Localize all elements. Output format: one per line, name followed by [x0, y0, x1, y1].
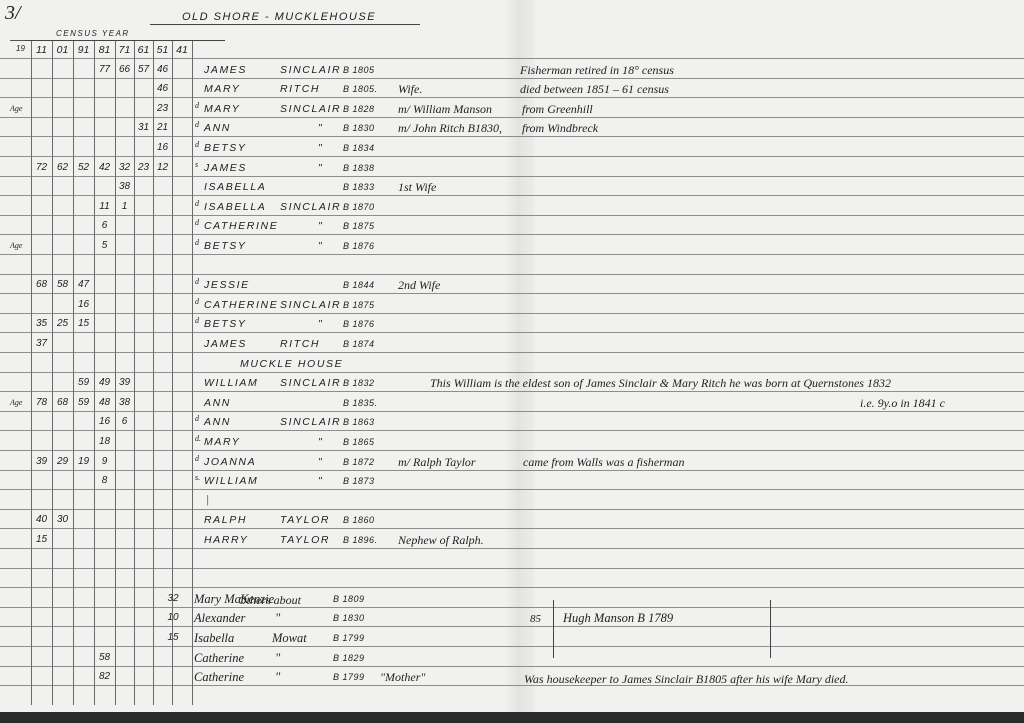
- age-51: 46: [153, 65, 173, 75]
- surname: ": [318, 143, 323, 154]
- right-page-note: died between 1851 – 61 census: [520, 83, 669, 95]
- margin-note: Age: [10, 399, 22, 407]
- relation-prefix: d: [195, 277, 199, 286]
- right-page-note: i.e. 9y.o in 1841 c: [860, 397, 945, 409]
- age-11: 40: [32, 515, 52, 525]
- birth-year: B 1834: [343, 144, 375, 153]
- age-61: 31: [134, 123, 154, 133]
- age-91: 59: [74, 398, 94, 408]
- age-11: 68: [32, 280, 52, 290]
- given-name: JAMES: [204, 163, 247, 174]
- other-surname: Mowat: [272, 632, 307, 645]
- birth-year: B 1805: [343, 66, 375, 75]
- surname: RITCH: [280, 84, 320, 95]
- census-year-19: 19: [11, 45, 31, 53]
- given-name: RALPH: [204, 515, 247, 526]
- given-name: BETSY: [204, 319, 246, 330]
- other-given: Catherine: [194, 652, 244, 665]
- right-page-note: from Windbreck: [522, 122, 598, 134]
- surname: SINCLAIR: [280, 417, 341, 428]
- surname: SINCLAIR: [280, 300, 341, 311]
- age-81: 18: [95, 437, 115, 447]
- age-11: 39: [32, 457, 52, 467]
- census-column-line: [31, 40, 32, 705]
- surname: SINCLAIR: [280, 378, 341, 389]
- birth-year: B 1876: [343, 242, 375, 251]
- age-11: 15: [32, 535, 52, 545]
- birth-year: B 1876: [343, 320, 375, 329]
- other-given: Catherine: [194, 671, 244, 684]
- age-01: 62: [53, 163, 73, 173]
- relation-prefix: d: [195, 120, 199, 129]
- birth-year: B 1896.: [343, 536, 378, 545]
- age-01: 58: [53, 280, 73, 290]
- surname: ": [318, 221, 323, 232]
- age-11: 35: [32, 319, 52, 329]
- birth-year: B 1833: [343, 183, 375, 192]
- right-page-note: from Greenhill: [522, 103, 593, 115]
- census-year-label: CENSUS YEAR: [56, 30, 130, 38]
- surname: ": [318, 437, 323, 448]
- census-year-91: 91: [74, 45, 94, 56]
- age-71: 66: [115, 65, 135, 75]
- surname: RITCH: [280, 339, 320, 350]
- age-71: 6: [115, 417, 135, 427]
- right-page-note: came from Walls was a fisherman: [523, 456, 684, 468]
- relation-prefix: d: [195, 316, 199, 325]
- relation-prefix: d: [195, 454, 199, 463]
- given-name: WILLIAM: [204, 378, 258, 389]
- given-name: JAMES: [204, 339, 247, 350]
- relation-prefix: d: [195, 218, 199, 227]
- given-name: BETSY: [204, 241, 246, 252]
- age-71: 1: [115, 202, 135, 212]
- age-71: 38: [115, 182, 135, 192]
- given-name: CATHERINE: [204, 300, 278, 311]
- right-page-note: This William is the eldest son of James …: [430, 377, 891, 389]
- surname: ": [318, 241, 323, 252]
- birth-year: B 1874: [343, 340, 375, 349]
- age-91: 59: [74, 378, 94, 388]
- age-11: 78: [32, 398, 52, 408]
- age-91: 16: [74, 300, 94, 310]
- age-61: 57: [134, 65, 154, 75]
- age-51: 21: [153, 123, 173, 133]
- relation-prefix: d.: [195, 434, 201, 443]
- census-column-line: [73, 40, 74, 705]
- relation-prefix: s: [195, 160, 198, 169]
- relation-prefix: d: [195, 199, 199, 208]
- title-underline: [150, 24, 420, 25]
- surname: ": [318, 163, 323, 174]
- other-age: 32: [163, 594, 183, 604]
- age-61: 23: [134, 163, 154, 173]
- stray-mark: |: [206, 495, 209, 507]
- age-81: 6: [95, 221, 115, 231]
- age-01: 68: [53, 398, 73, 408]
- age-91: 15: [74, 319, 94, 329]
- other-birth-year: B 1809: [333, 595, 365, 604]
- age-71: 32: [115, 163, 135, 173]
- entry-note: Nephew of Ralph.: [398, 534, 484, 546]
- given-name: MARY: [204, 437, 240, 448]
- birth-year: B 1805.: [343, 85, 378, 94]
- entry-note: 1st Wife: [398, 181, 436, 193]
- census-year-71: 71: [115, 45, 135, 56]
- surname: ": [318, 476, 323, 487]
- hugh-box-right-line: [770, 600, 771, 658]
- birth-year: B 1838: [343, 164, 375, 173]
- birth-year: B 1835.: [343, 399, 378, 408]
- birth-year: B 1865: [343, 438, 375, 447]
- birth-year: B 1873: [343, 477, 375, 486]
- census-year-01: 01: [53, 45, 73, 56]
- age-81: 8: [95, 476, 115, 486]
- census-column-line: [172, 40, 173, 705]
- census-year-61: 61: [134, 45, 154, 56]
- other-surname: ": [275, 652, 280, 665]
- margin-note: Age: [10, 242, 22, 250]
- hugh-age: 85: [530, 614, 541, 625]
- right-page-note: Fisherman retired in 18° census: [520, 64, 674, 76]
- census-year-51: 51: [153, 45, 173, 56]
- given-name: ISABELLA: [204, 202, 266, 213]
- entry-note: m/ John Ritch B1830,: [398, 122, 502, 134]
- given-name: ISABELLA: [204, 182, 266, 193]
- census-column-line: [115, 40, 116, 705]
- surname: ": [318, 123, 323, 134]
- other-given: Alexander: [194, 612, 245, 625]
- relation-prefix: d: [195, 238, 199, 247]
- age-11: 37: [32, 339, 52, 349]
- census-column-line: [192, 40, 193, 705]
- page-title: OLD SHORE - MUCKLEHOUSE: [182, 12, 376, 23]
- census-year-11: 11: [32, 45, 52, 56]
- age-51: 46: [153, 84, 173, 94]
- age-81: 48: [95, 398, 115, 408]
- surname: TAYLOR: [280, 515, 330, 526]
- other-age: 15: [163, 633, 183, 643]
- census-column-line: [94, 40, 95, 705]
- relation-prefix: d: [195, 140, 199, 149]
- age-91: 52: [74, 163, 94, 173]
- other-surname: ": [275, 671, 280, 684]
- age-51: 12: [153, 163, 173, 173]
- relation-prefix: d: [195, 414, 199, 423]
- given-name: MARY: [204, 104, 240, 115]
- section-heading: MUCKLE HOUSE: [240, 359, 343, 370]
- birth-year: B 1860: [343, 516, 375, 525]
- age-81: 77: [95, 65, 115, 75]
- given-name: JESSIE: [204, 280, 250, 291]
- surname: TAYLOR: [280, 535, 330, 546]
- age-71: 38: [115, 398, 135, 408]
- other-birth-year: B 1799: [333, 673, 365, 682]
- given-name: CATHERINE: [204, 221, 278, 232]
- entry-note: Wife.: [398, 83, 422, 95]
- surname: SINCLAIR: [280, 202, 341, 213]
- other-given: Mary McKenzie: [194, 593, 274, 606]
- birth-year: B 1872: [343, 458, 375, 467]
- birth-year: B 1870: [343, 203, 375, 212]
- housekeeper-note: Was housekeeper to James Sinclair B1805 …: [524, 673, 849, 685]
- age-81: 49: [95, 378, 115, 388]
- entry-note: 2nd Wife: [398, 279, 440, 291]
- other-age-81: 82: [95, 672, 115, 682]
- other-age-81: 58: [95, 653, 115, 663]
- age-81: 11: [95, 202, 115, 212]
- surname: ": [318, 457, 323, 468]
- census-year-underline: [25, 40, 225, 41]
- relation-prefix: s.: [195, 473, 200, 482]
- age-01: 29: [53, 457, 73, 467]
- other-note: "Mother": [380, 671, 425, 683]
- birth-year: B 1875: [343, 301, 375, 310]
- given-name: BETSY: [204, 143, 246, 154]
- other-birth-year: B 1829: [333, 654, 365, 663]
- census-column-line: [134, 40, 135, 705]
- hugh-entry: Hugh Manson B 1789: [563, 612, 673, 625]
- relation-prefix: d: [195, 101, 199, 110]
- given-name: HARRY: [204, 535, 248, 546]
- age-71: 39: [115, 378, 135, 388]
- given-name: ANN: [204, 398, 231, 409]
- age-51: 16: [153, 143, 173, 153]
- margin-note: Age: [10, 105, 22, 113]
- age-91: 47: [74, 280, 94, 290]
- age-51: 23: [153, 104, 173, 114]
- given-name: JAMES: [204, 65, 247, 76]
- entry-note: m/ Ralph Taylor: [398, 456, 476, 468]
- surname: SINCLAIR: [280, 65, 341, 76]
- age-01: 25: [53, 319, 73, 329]
- surname: SINCLAIR: [280, 104, 341, 115]
- ledger-page: 3/ OLD SHORE - MUCKLEHOUSE CENSUS YEAR 1…: [0, 0, 1024, 712]
- given-name: MARY: [204, 84, 240, 95]
- surname: ": [318, 319, 323, 330]
- page-number: 3/: [5, 2, 21, 25]
- age-91: 19: [74, 457, 94, 467]
- birth-year: B 1875: [343, 222, 375, 231]
- age-81: 16: [95, 417, 115, 427]
- age-81: 42: [95, 163, 115, 173]
- census-column-line: [153, 40, 154, 705]
- hugh-box-left-line: [553, 600, 554, 658]
- birth-year: B 1828: [343, 105, 375, 114]
- relation-prefix: d: [195, 297, 199, 306]
- other-age: 10: [163, 613, 183, 623]
- other-birth-year: B 1830: [333, 614, 365, 623]
- age-01: 30: [53, 515, 73, 525]
- entry-note: m/ William Manson: [398, 103, 492, 115]
- census-year-41: 41: [172, 45, 192, 56]
- census-column-line: [52, 40, 53, 705]
- census-year-81: 81: [95, 45, 115, 56]
- birth-year: B 1863: [343, 418, 375, 427]
- birth-year: B 1830: [343, 124, 375, 133]
- other-given: Isabella: [194, 632, 234, 645]
- age-81: 5: [95, 241, 115, 251]
- birth-year: B 1832: [343, 379, 375, 388]
- birth-year: B 1844: [343, 281, 375, 290]
- given-name: ANN: [204, 123, 231, 134]
- given-name: ANN: [204, 417, 231, 428]
- given-name: WILLIAM: [204, 476, 258, 487]
- age-11: 72: [32, 163, 52, 173]
- other-surname: ": [275, 612, 280, 625]
- given-name: JOANNA: [204, 457, 256, 468]
- age-81: 9: [95, 457, 115, 467]
- other-birth-year: B 1799: [333, 634, 365, 643]
